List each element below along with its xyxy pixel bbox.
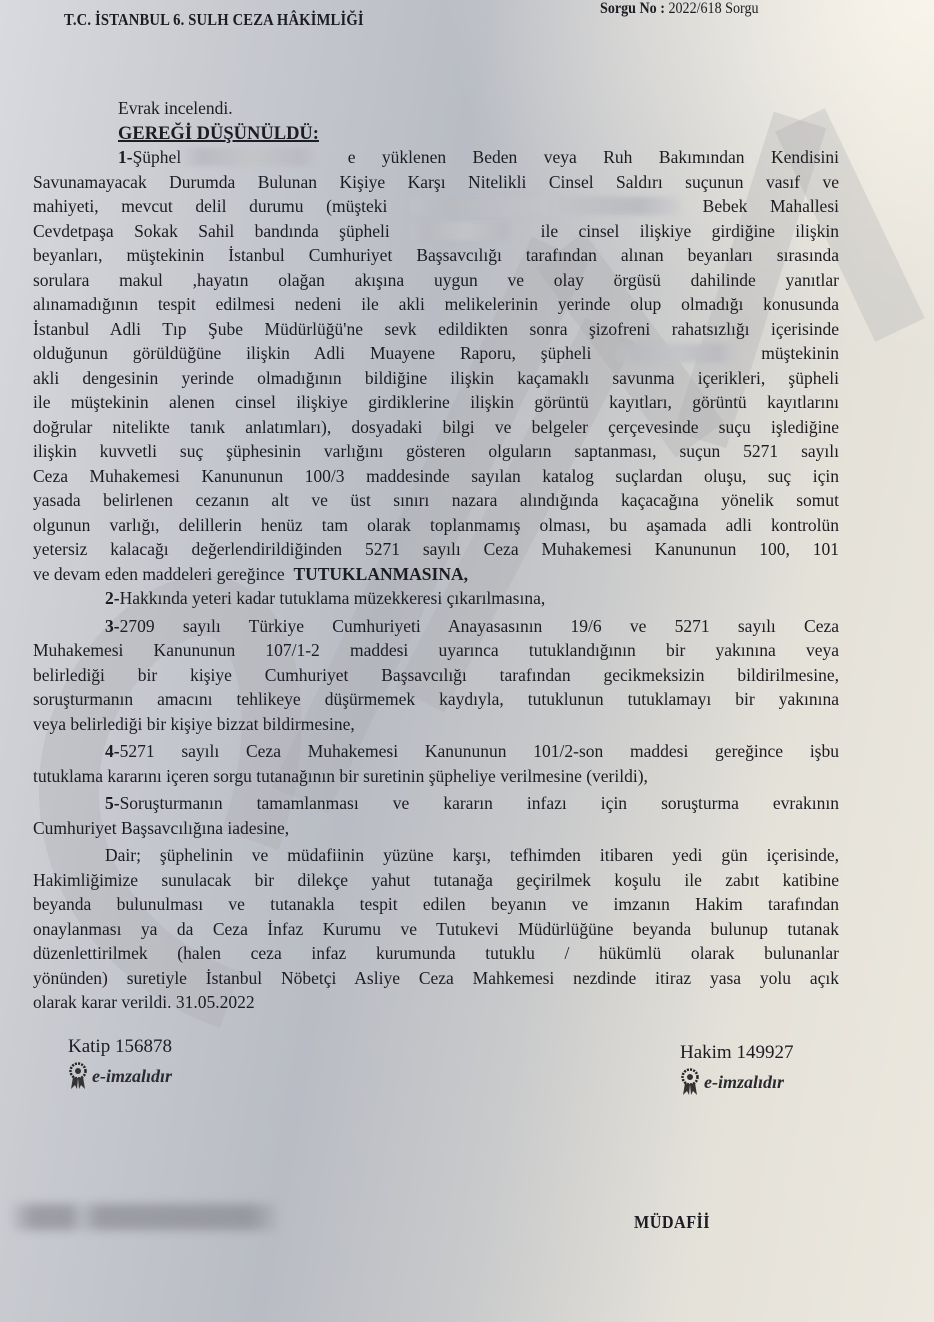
item-1-line: mahiyeti, mevcut delil durumu (müşteki B… [33, 194, 839, 219]
redacted-signatory-name [12, 1204, 277, 1230]
item-2: 2-Hakkında yeteri kadar tutuklama müzekk… [33, 586, 839, 611]
item-1-line: Cevdetpaşa Sokak Sahil bandında şüpheli … [33, 219, 839, 244]
sorgu-label: Sorgu No : [600, 0, 665, 17]
item-1-conclusion: ve devam eden maddeleri gereğince TUTUKL… [33, 562, 839, 587]
e-signed-label: e-imzalıdır [92, 1066, 172, 1087]
intro-line: Evrak incelendi. [33, 96, 839, 121]
arrest-decision: TUTUKLANMASINA, [293, 564, 468, 584]
item-5: 5-Soruşturmanın tamamlanması ve kararın … [33, 791, 839, 816]
judge-signature: Hakim 149927 e-imzalıdır [680, 1042, 793, 1096]
court-name-header: T.C. İSTANBUL 6. SULH CEZA HÂKİMLİĞİ [64, 10, 364, 30]
decision-body: Evrak incelendi. GEREĞİ DÜŞÜNÜLDÜ: 1-Şüp… [33, 96, 839, 1015]
dair-paragraph: Dair; şüphelinin ve müdafiinin yüzüne ka… [33, 843, 839, 868]
clerk-signature: Katip 156878 e-imzalıdır [68, 1036, 172, 1090]
redacted-suspect-name [616, 344, 736, 362]
sorgu-number: Sorgu No : 2022/618 Sorgu [600, 0, 759, 18]
redacted-complainant-name [410, 197, 680, 215]
e-signature-seal-icon [680, 1068, 700, 1096]
item-4: 4-5271 sayılı Ceza Muhakemesi Kanununun … [33, 739, 839, 764]
redacted-suspect-name [181, 148, 321, 166]
sorgu-value: 2022/618 Sorgu [668, 0, 758, 17]
defense-counsel-label: MÜDAFİİ [634, 1212, 710, 1233]
item-1-line: olduğunun görüldüğüne ilişkin Adli Muaye… [33, 341, 839, 366]
document-page: T.C. İSTANBUL 6. SULH CEZA HÂKİMLİĞİ Sor… [0, 0, 934, 1322]
item-1-line: 1-Şüphel e yüklenen Beden veya Ruh Bakım… [33, 145, 839, 170]
e-signature-seal-icon [68, 1062, 88, 1090]
decision-heading: GEREĞİ DÜŞÜNÜLDÜ: [33, 121, 839, 146]
redacted-suspect-name [410, 222, 520, 240]
e-signed-label: e-imzalıdır [704, 1072, 784, 1093]
decision-date-line: olarak karar verildi. 31.05.2022 [33, 990, 839, 1015]
item-3: 3-2709 sayılı Türkiye Cumhuriyeti Anayas… [33, 614, 839, 639]
